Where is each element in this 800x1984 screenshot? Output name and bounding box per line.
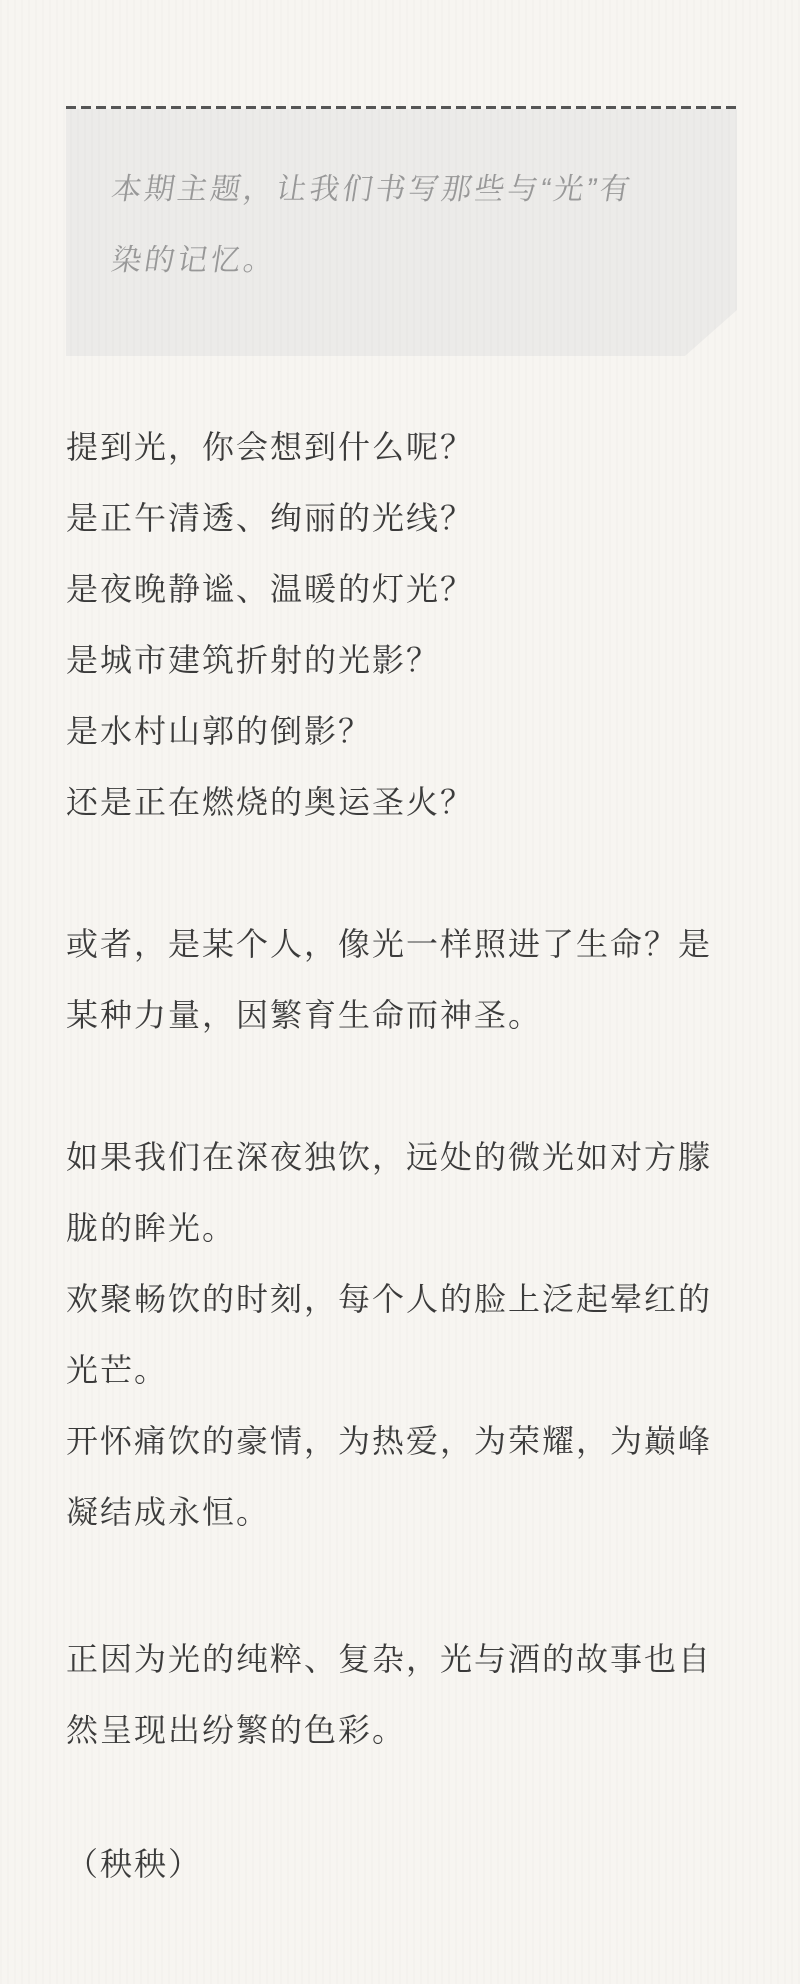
paragraph-questions: 提到光，你会想到什么呢？ 是正午清透、绚丽的光线？ 是夜晚静谧、温暖的灯光？ 是… — [66, 412, 766, 838]
dashed-divider — [66, 106, 740, 109]
paragraph-light-and-wine: 正因为光的纯粹、复杂，光与酒的故事也自 然呈现出纷繁的色彩。 — [66, 1624, 766, 1766]
author-signature: （秧秧） — [66, 1829, 766, 1900]
paragraph-someone-like-light: 或者，是某个人，像光一样照进了生命？是 某种力量，因繁育生命而神圣。 — [66, 909, 766, 1051]
article-body: 提到光，你会想到什么呢？ 是正午清透、绚丽的光线？ 是夜晚静谧、温暖的灯光？ 是… — [66, 412, 766, 1900]
theme-quote-box: 本期主题，让我们书写那些与“光”有 染的记忆。 — [66, 109, 737, 356]
article-page: 本期主题，让我们书写那些与“光”有 染的记忆。 提到光，你会想到什么呢？ 是正午… — [0, 0, 800, 1984]
paragraph-drinking-moments: 如果我们在深夜独饮，远处的微光如对方朦 胧的眸光。 欢聚畅饮的时刻，每个人的脸上… — [66, 1122, 766, 1548]
theme-quote-line-1: 本期主题，让我们书写那些与“光”有 — [106, 154, 718, 225]
theme-quote-line-2: 染的记忆。 — [106, 225, 718, 296]
